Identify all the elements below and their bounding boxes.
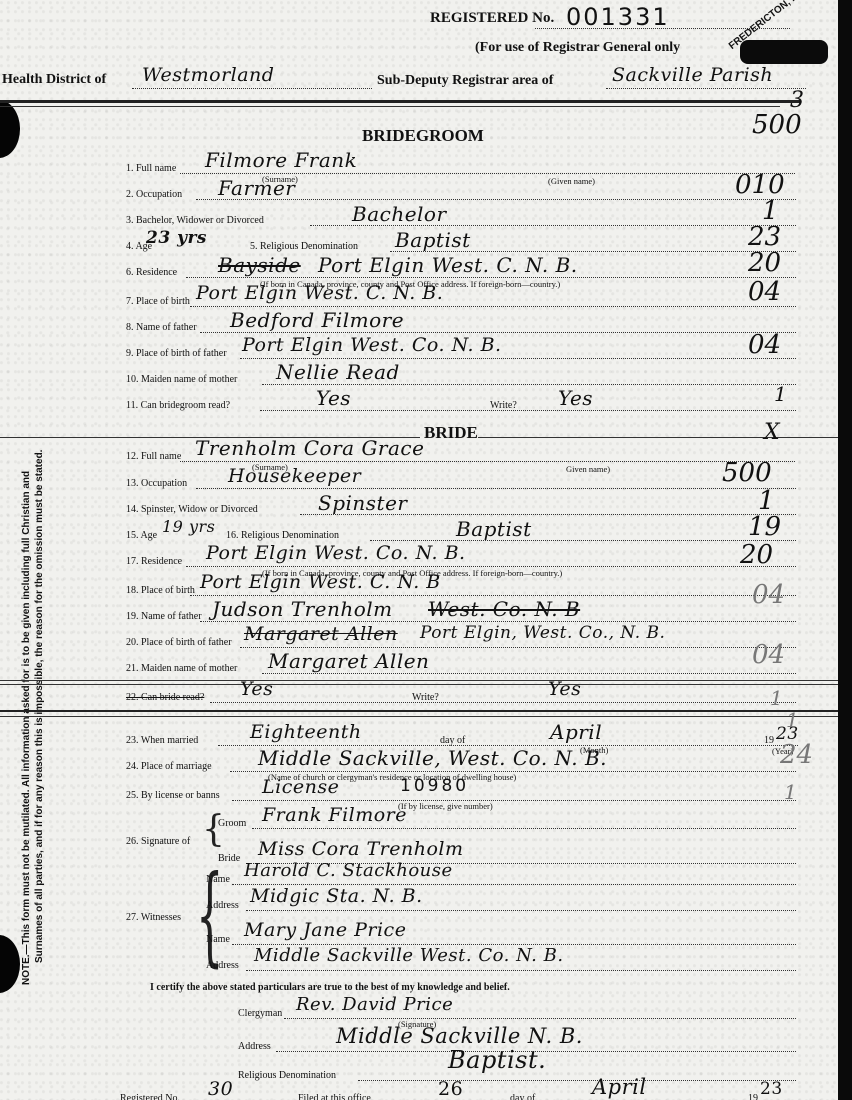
margin-code: 500 [722,458,772,488]
groom-residence-struck: Bayside [218,253,301,277]
license-value: License [262,776,339,798]
clergyman-address-label: Address [238,1041,271,1052]
punch-hole [0,100,20,158]
groom-residence: Port Elgin West. C. N. B. [318,253,578,277]
bridegroom-heading: BRIDEGROOM [362,126,484,146]
health-district-label: Health District of [2,72,106,88]
marriage-month: April [550,720,602,744]
groom-signature: Frank Filmore [262,804,407,826]
bride-read: Yes [240,678,273,700]
margin-code: 04 [748,277,781,307]
bride-occupation-label: 13. Occupation [126,478,187,489]
bride-father-birthplace: Port Elgin, West. Co., N. B. [420,623,665,643]
margin-code: 1 [770,686,783,710]
bride-father-birthplace-struck: Margaret Allen [244,623,398,645]
groom-occupation-label: 2. Occupation [126,189,182,200]
clergyman-religion: Baptist. [448,1046,546,1074]
witness-1-address: Midgic Sta. N. B. [250,885,423,907]
bride-full-name: Trenholm Cora Grace [195,436,424,460]
groom-write: Yes [558,386,593,410]
margin-code: 500 [752,110,802,140]
signature-label: 26. Signature of [126,836,190,847]
bride-father-label: 19. Name of father [126,611,202,622]
groom-father: Bedford Filmore [230,308,404,332]
bride-age: 19 yrs [162,517,215,536]
groom-full-name-label: 1. Full name [126,163,176,174]
margin-code: 1 [786,708,799,732]
groom-birthplace-label: 7. Place of birth [126,296,190,307]
groom-occupation: Farmer [218,176,295,200]
witness-1-name: Harold C. Stackhouse [244,860,453,881]
groom-birthplace: Port Elgin West. C. N. B. [196,282,443,304]
margin-code: 20 [740,540,773,570]
groom-status-label: 3. Bachelor, Widower or Divorced [126,215,264,226]
bride-mother-label: 21. Maiden name of mother [126,663,237,674]
bride-status-label: 14. Spinster, Widow or Divorced [126,504,258,515]
registrar-general-note: (For use of Registrar General only [475,40,680,56]
bride-age-label: 15. Age [126,530,157,541]
margin-code: 04 [752,640,785,670]
bride-occupation: Housekeeper [228,465,361,487]
groom-age: 23 yrs [146,228,207,248]
groom-religion: Baptist [395,228,471,252]
scan-edge [838,0,852,1100]
margin-code: 19 [748,512,781,542]
margin-code: 04 [752,580,785,610]
place-of-marriage: Middle Sackville, West. Co. N. B. [258,746,607,770]
groom-father-birthplace-label: 9. Place of birth of father [126,348,227,359]
margin-code: X [764,420,780,445]
groom-read-label: 11. Can bridegroom read? [126,400,230,411]
sub-deputy-value: Sackville Parish [612,64,773,86]
sub-deputy-label: Sub-Deputy Registrar area of [377,73,553,89]
place-of-marriage-label: 24. Place of marriage [126,761,212,772]
groom-residence-label: 6. Residence [126,267,177,278]
bride-residence-label: 17. Residence [126,556,182,567]
groom-status: Bachelor [352,202,447,226]
bride-father-birthplace-label: 20. Place of birth of father [126,637,232,648]
groom-full-name: Filmore Frank [205,148,357,172]
groom-father-birthplace: Port Elgin West. Co. N. B. [242,334,502,356]
margin-code: 20 [748,248,781,278]
bride-write: Yes [548,678,581,700]
groom-mother: Nellie Read [276,360,400,384]
health-district-value: Westmorland [142,64,274,86]
margin-code: 1 [784,780,797,804]
footer-registered-label: Registered No. [120,1093,180,1100]
margin-code: 24 [780,740,813,770]
marriage-day: Eighteenth [250,721,362,743]
margin-code: 04 [748,330,781,360]
bride-religion: Baptist [456,517,532,541]
clergyman-religion-label: Religious Denomination [238,1070,336,1081]
witness-2-name: Mary Jane Price [244,919,406,941]
bride-heading: BRIDE [424,423,478,443]
punch-hole [0,935,20,993]
filed-month: April [592,1075,647,1099]
witness-2-address: Middle Sackville West. Co. N. B. [254,945,564,966]
filed-day: 26 [438,1078,463,1100]
footer-registered-value: 30 [208,1078,233,1100]
license-label: 25. By license or banns [126,790,220,801]
groom-mother-label: 10. Maiden name of mother [126,374,237,385]
groom-religion-label: 5. Religious Denomination [250,241,358,252]
bride-birthplace-label: 18. Place of birth [126,585,195,596]
registered-number: 001331 [566,3,670,31]
bride-read-label: 22. Can bride read? [126,692,204,703]
clergyman-address: Middle Sackville N. B. [336,1024,583,1048]
groom-father-label: 8. Name of father [126,322,197,333]
clergyman-signature: Rev. David Price [296,994,453,1015]
document-page: REGISTERED No. 001331 FREDERICTON, N.B. … [0,0,838,1100]
bride-full-name-label: 12. Full name [126,451,181,462]
when-married-label: 23. When married [126,735,198,746]
bride-religion-label: 16. Religious Denomination [226,530,339,541]
bride-residence: Port Elgin West. Co. N. B. [206,542,466,564]
header-divider [0,100,800,103]
filed-year: 23 [760,1079,783,1099]
registered-number-label: REGISTERED No. [430,10,554,27]
margin-note: NOTE.—This form must not be mutilated. A… [20,285,46,985]
witnesses-label: 27. Witnesses [126,912,181,923]
margin-code: 1 [774,382,787,406]
certification-statement: I certify the above stated particulars a… [150,982,510,993]
bride-father-struck: West. Co. N. B [428,597,580,621]
clergyman-label: Clergyman [238,1008,282,1019]
filed-label: Filed at this office [298,1093,371,1100]
bride-mother: Margaret Allen [268,649,429,673]
license-number: 10980 [400,776,469,796]
bride-status: Spinster [318,491,407,515]
bride-birthplace: Port Elgin West. C. N. B [200,571,441,593]
bride-father: Judson Trenholm [212,597,393,621]
groom-read: Yes [316,386,351,410]
bride-signature: Miss Cora Trenholm [258,838,464,860]
redaction-mark [740,40,828,64]
